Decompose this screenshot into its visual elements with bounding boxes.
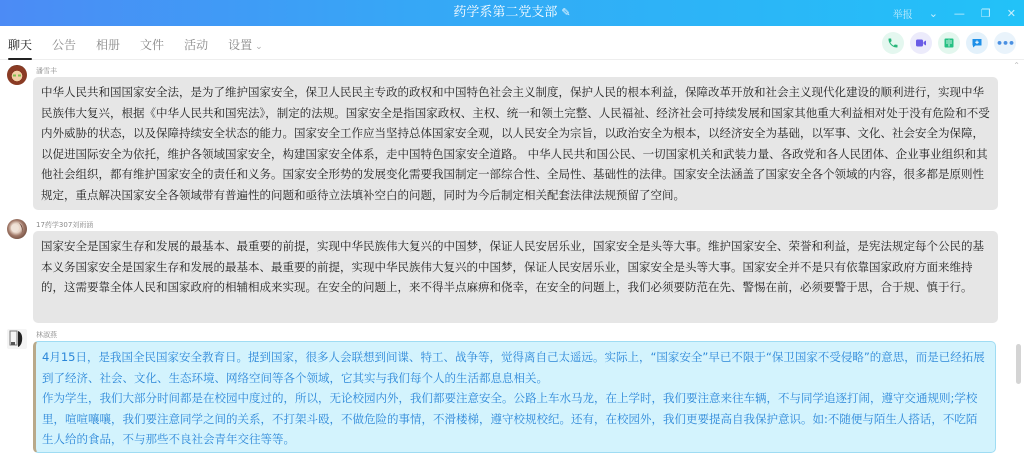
message-list[interactable]: ⌃ 潘雪丰 中华人民共和国国家安全法，是为了维护国家安全，保卫人民民主专政的政权… [0,61,1024,459]
tab-label: 文件 [140,38,164,52]
title-bar: 药学系第二党支部✎ 举报 ⌄ — ❐ ✕ [0,0,1024,26]
add-chat-button[interactable] [966,32,988,54]
more-icon: ••• [996,37,1014,50]
scrollbar-thumb[interactable] [1016,344,1021,384]
tab-bar: 聊天 公告 相册 文件 活动 设置⌄ ••• [0,26,1024,60]
video-icon [915,37,927,49]
tab-activity[interactable]: 活动 [184,26,208,60]
window-title: 药学系第二党支部✎ [0,0,1024,26]
restore-button[interactable]: ❐ [981,7,991,20]
tab-label: 活动 [184,38,208,52]
tab-label: 公告 [52,38,76,52]
scroll-up-icon[interactable]: ⌃ [1013,61,1020,70]
tab-label: 聊天 [8,38,32,52]
message-text: 中华人民共和国国家安全法，是为了维护国家安全，保卫人民民主专政的政权和中国特色社… [41,82,990,205]
tabs: 聊天 公告 相册 文件 活动 设置⌄ [8,26,283,60]
group-doc-button[interactable] [938,32,960,54]
avatar-image-icon [7,219,27,239]
message-bubble: 国家安全是国家生存和发展的最基本、最重要的前提，实现中华民族伟大复兴的中国梦，保… [33,231,998,323]
group-name: 药学系第二党支部 [453,5,557,20]
edit-icon[interactable]: ✎ [561,6,570,19]
avatar[interactable] [7,65,27,85]
chat-actions: ••• [882,32,1016,54]
message-text: 国家安全是国家生存和发展的最基本、最重要的前提，实现中华民族伟大复兴的中国梦，保… [41,236,990,298]
avatar[interactable] [7,329,27,349]
tab-settings[interactable]: 设置⌄ [228,26,263,60]
tab-label: 相册 [96,38,120,52]
window-controls: 举报 ⌄ — ❐ ✕ [893,0,1016,26]
close-button[interactable]: ✕ [1007,7,1016,20]
minimize-button[interactable]: — [954,7,965,20]
avatar[interactable] [7,219,27,239]
tab-chat[interactable]: 聊天 [8,26,32,60]
video-call-button[interactable] [910,32,932,54]
tab-label: 设置 [228,38,252,52]
document-icon [943,37,955,49]
avatar-image-icon [7,329,27,349]
sender-name: 潘雪丰 [36,66,57,76]
chat-plus-icon [971,37,983,49]
voice-call-button[interactable] [882,32,904,54]
message-bubble: 中华人民共和国国家安全法，是为了维护国家安全，保卫人民民主专政的政权和中国特色社… [33,77,998,210]
sender-name: 17药学307刘雨涵 [36,220,93,230]
chevron-down-icon[interactable]: ⌄ [929,7,938,20]
message-paragraph: 4月15日，是我国全民国家安全教育日。提到国家，很多人会联想到间谍、特工、战争等… [42,347,987,388]
report-button[interactable]: 举报 [893,6,913,21]
sender-name: 林淑燕 [36,330,57,340]
tab-album[interactable]: 相册 [96,26,120,60]
phone-icon [887,37,899,49]
chevron-down-icon: ⌄ [255,42,263,52]
message-bubble: 4月15日，是我国全民国家安全教育日。提到国家，很多人会联想到间谍、特工、战争等… [33,341,996,453]
tab-files[interactable]: 文件 [140,26,164,60]
more-button[interactable]: ••• [994,32,1016,54]
message-paragraph: 作为学生，我们大部分时间都是在校园中度过的，所以，无论校园内外，我们都要注意安全… [42,388,987,450]
avatar-image-icon [7,65,27,85]
tab-announcement[interactable]: 公告 [52,26,76,60]
